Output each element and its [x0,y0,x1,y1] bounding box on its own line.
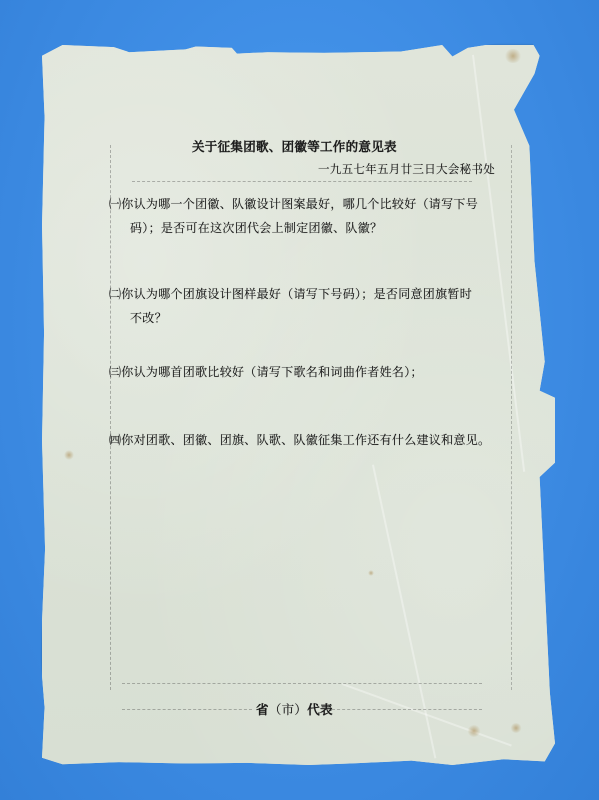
representative-signature: 省（市）代表 [256,700,333,718]
footer-representative: 代表 [307,702,333,717]
question-1-line-2: 码）；是否可在这次团代会上制定团徽、队徽？ [130,219,382,236]
paper-stain [510,723,522,733]
divider-line [122,683,482,684]
signature-line-right [332,709,482,710]
document-title: 关于征集团歌、团徽等工作的意见表 [192,137,397,155]
footer-city: （市） [269,702,307,717]
footer-province: 省 [256,702,269,717]
question-2-line-1: ㈡你认为哪个团旗设计图样最好（请写下号码）；是否同意团旗暂时 [109,285,472,302]
divider-line [132,181,472,182]
paper-stain [504,49,522,63]
paper-stain [64,450,74,460]
question-1-line-1: ㈠你认为哪一个团徽、队徽设计图案最好，哪几个比较好（请写下号 [109,195,478,212]
question-2-line-2: 不改？ [130,309,167,326]
signature-line-left [122,709,252,710]
paper-stain [467,725,481,737]
paper-crease [342,684,512,747]
document-date-issuer: 一九五七年五月廿三日大会秘书处 [318,161,495,177]
question-3: ㈢你认为哪首团歌比较好（请写下歌名和词曲作者姓名）； [109,363,423,380]
question-4: ㈣你对团歌、团徽、团旗、队歌、队徽征集工作还有什么建议和意见。 [109,431,490,448]
document-paper: 关于征集团歌、团徽等工作的意见表 一九五七年五月廿三日大会秘书处 ㈠你认为哪一个… [42,45,555,765]
